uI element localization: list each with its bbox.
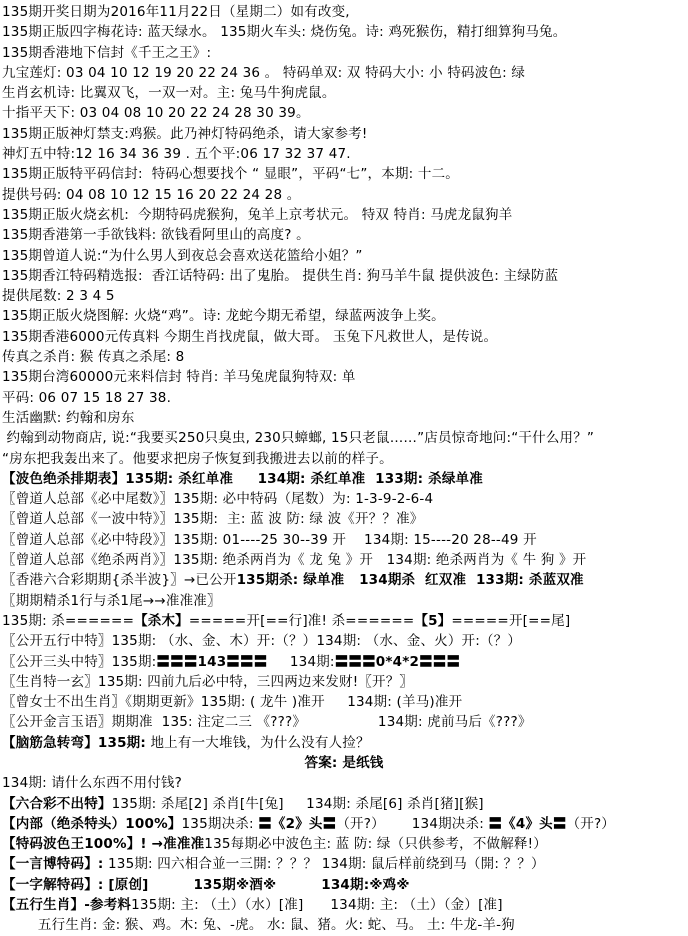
text-segment: 【特码波色王100%】! →准准准 (2, 836, 204, 852)
text-line-44: 【一字解特码】: [原创] 135期※酒※ 134期:※鸡※ (0, 875, 688, 895)
text-line-36: 〖公开金言玉语〗期期准 135: 注定二三 《???》 134期: 虎前马后《?… (0, 712, 688, 732)
text-segment: 平码: 06 07 15 18 27 38. (2, 390, 171, 406)
text-line-15: 提供尾数: 2 3 4 5 (0, 286, 688, 306)
text-segment: 【内部（绝杀特头）100%】 (2, 816, 182, 832)
text-line-22: 约翰到动物商店, 说:“我要买250只臭虫, 230只蟑螂, 15只老鼠……”店… (0, 428, 688, 448)
text-line-31: 135期: 杀======【杀木】=====开[==行]准! 杀======【5… (0, 611, 688, 631)
text-segment: 135期: 杀====== (2, 613, 134, 629)
text-line-11: 135期正版火烧玄机: 今期特码虎猴狗，兔羊上京考状元。 特双 特肖: 马虎龙鼠… (0, 205, 688, 225)
text-segment: 135期香港6000元传真料 今期生肖找虎鼠，做大哥。 玉兔下凡救世人，是传说。 (2, 329, 497, 345)
text-line-6: 十指平天下: 03 04 08 10 20 22 24 28 30 39。 (0, 103, 688, 123)
text-segment: 【一言博特码】: (2, 856, 104, 872)
text-line-1: 135期开奖日期为2016年11月22日（星期二）如有改变, (0, 2, 688, 22)
text-line-7: 135期正版神灯禁支:鸡猴。此乃神灯特码绝杀，请大家参考! (0, 124, 688, 144)
text-line-16: 135期正版火烧图解: 火烧“鸡”。诗: 龙蛇今期无希望，绿蓝两波争上奖。 (0, 306, 688, 326)
text-segment: 【一字解特码】: [原创] (2, 877, 149, 893)
text-segment: 约翰到动物商店, 说:“我要买250只臭虫, 230只蟑螂, 15只老鼠……”店… (2, 430, 594, 446)
text-segment: 〓《4》头〓 (488, 816, 566, 832)
text-segment: 〓〓〓0*4*2〓〓〓 (335, 654, 461, 670)
text-line-17: 135期香港6000元传真料 今期生肖找虎鼠，做大哥。 玉兔下凡救世人，是传说。 (0, 327, 688, 347)
text-segment: 〖公开三头中特〗135期: (2, 654, 156, 670)
text-segment (276, 877, 321, 893)
text-segment: “房东把我轰出来了。他要求把房子恢复到我搬进去以前的样子。 (2, 451, 393, 467)
text-segment: 135期: 杀尾[2] 杀肖[牛[兔] 134期: 杀尾[6] 杀肖[猪][猴] (112, 796, 484, 812)
text-segment: 〖香港六合彩期期{杀半波}〗→已公开 (2, 572, 237, 588)
text-line-21: 生活幽默: 约翰和房东 (0, 408, 688, 428)
text-line-37: 【脑筋急转弯】135期: 地上有一大堆钱，为什么没有人捡？ (0, 733, 688, 753)
text-segment: 134期:※鸡※ (321, 877, 409, 893)
text-line-33: 〖公开三头中特〗135期:〓〓〓143〓〓〓 134期:〓〓〓0*4*2〓〓〓 (0, 652, 688, 672)
text-segment: 〖生肖特一玄〗135期: 四前九后必中特，三四两边来发财!〖开？〗 (2, 674, 413, 690)
text-segment: 135期香江特码精选报: 香江话特码: 出了鬼胎。 提供生肖: 狗马羊牛鼠 提供… (2, 268, 558, 284)
text-segment: 【脑筋急转弯】135期: (2, 735, 146, 751)
text-line-2: 135期正版四字梅花诗: 蓝天绿水。 135期火车头: 烧伤兔。诗: 鸡死猴伤，… (0, 22, 688, 42)
text-line-43: 【一言博特码】: 135期: 四六相合並一三開: ？？？ 134期: 鼠后样前绕… (0, 854, 688, 874)
document-body: 135期开奖日期为2016年11月22日（星期二）如有改变,135期正版四字梅花… (0, 2, 688, 936)
text-line-26: 〖曾道人总部《一波中特》〗135期: 主: 蓝 波 防: 绿 波《开？？准》 (0, 509, 688, 529)
text-segment: 134期: (267, 654, 334, 670)
text-segment (149, 877, 194, 893)
text-line-42: 【特码波色王100%】! →准准准135每期必中波色主: 蓝 防: 绿（只供参考… (0, 834, 688, 854)
text-line-32: 〖公开五行中特〗135期: （水、金、木）开:（？）134期: （水、金、火）开… (0, 631, 688, 651)
text-segment: 135期正版特平码信封: 特码心想要找个 “ 显眼”，平码“七”，本期: 十二。 (2, 166, 459, 182)
text-segment: 〖公开金言玉语〗期期准 135: 注定二三 《???》 134期: 虎前马后《?… (2, 714, 532, 730)
text-segment: 135期决杀: (182, 816, 259, 832)
text-segment: 135期: 四六相合並一三開: ？？？ 134期: 鼠后样前绕到马（開: ？？） (104, 856, 545, 872)
text-segment: 提供尾数: 2 3 4 5 (2, 288, 115, 304)
text-line-28: 〖曾道人总部《绝杀两肖》〗135期: 绝杀两肖为《 龙 兔 》开 134期: 绝… (0, 550, 688, 570)
text-segment: 传真之杀肖: 猴 传真之杀尾: 8 (2, 349, 184, 365)
text-line-25: 〖曾道人总部《必中尾数》〗135期: 必中特码（尾数）为: 1-3-9-2-6-… (0, 489, 688, 509)
text-segment: 〓〓〓143〓〓〓 (156, 654, 267, 670)
text-line-40: 【六合彩不出特】135期: 杀尾[2] 杀肖[牛[兔] 134期: 杀尾[6] … (0, 794, 688, 814)
text-segment: 提供号码: 04 08 10 12 15 16 20 22 24 28 。 (2, 187, 300, 203)
text-segment: 135期杀: 绿单准 134期杀 红双准 133期: 杀蓝双准 (237, 572, 584, 588)
text-line-10: 提供号码: 04 08 10 12 15 16 20 22 24 28 。 (0, 185, 688, 205)
text-segment: 135期开奖日期为2016年11月22日（星期二）如有改变, (2, 4, 350, 20)
text-line-45: 【五行生肖】-参考料135期: 主: （土）（水）[准] 134期: 主: （土… (0, 895, 688, 915)
text-segment: 【五行生肖】-参考料 (2, 897, 131, 913)
text-line-4: 九宝莲灯: 03 04 10 12 19 20 22 24 36 。 特码单双:… (0, 63, 688, 83)
text-segment: 〖曾道人总部《绝杀两肖》〗135期: 绝杀两肖为《 龙 兔 》开 134期: 绝… (2, 552, 586, 568)
text-segment: 神灯五中特:12 16 34 36 39 . 五个平:06 17 32 37 4… (2, 146, 351, 162)
text-segment: 〖公开五行中特〗135期: （水、金、木）开:（？）134期: （水、金、火）开… (2, 633, 521, 649)
text-line-9: 135期正版特平码信封: 特码心想要找个 “ 显眼”，平码“七”，本期: 十二。 (0, 164, 688, 184)
text-segment: 〖曾道人总部《必中尾数》〗135期: 必中特码（尾数）为: 1-3-9-2-6-… (2, 491, 433, 507)
text-segment: 135期正版神灯禁支:鸡猴。此乃神灯特码绝杀，请大家参考! (2, 126, 368, 142)
text-segment: 生肖玄机诗: 比翼双飞，一双一对。主: 兔马牛狗虎鼠。 (2, 85, 336, 101)
text-line-27: 〖曾道人总部《必中特段》〗135期: 01----25 30--39 开 134… (0, 530, 688, 550)
text-line-18: 传真之杀肖: 猴 传真之杀尾: 8 (0, 347, 688, 367)
text-line-20: 平码: 06 07 15 18 27 38. (0, 388, 688, 408)
text-line-12: 135期香港第一手欲钱料: 欲钱看阿里山的高度? 。 (0, 225, 688, 245)
text-line-38: 答案: 是纸钱 (0, 753, 688, 773)
text-segment: 135期曾道人说:“为什么男人到夜总会喜欢送花篮给小姐？” (2, 248, 363, 264)
text-segment: 十指平天下: 03 04 08 10 20 22 24 28 30 39。 (2, 105, 310, 121)
text-segment: 135期香港地下信封《千王之王》: (2, 45, 211, 61)
text-segment: 134期: 请什么东西不用付钱? (2, 775, 182, 791)
lottery-tips-document: 135期开奖日期为2016年11月22日（星期二）如有改变,135期正版四字梅花… (0, 0, 688, 936)
text-segment: 〖期期精杀1行与杀1尾→→准准准〗 (2, 593, 221, 609)
text-segment: 生活幽默: 约翰和房东 (2, 410, 135, 426)
text-segment: 〖曾女士不出生肖〗《期期更新》135期: ( 龙牛 )准开 134期: (羊马)… (2, 694, 462, 710)
text-line-46: 五行生肖: 金: 猴、鸡。木: 兔、-虎。 水: 鼠、猪。火: 蛇、马。 土: … (0, 915, 688, 935)
text-segment: 五行生肖: 金: 猴、鸡。木: 兔、-虎。 水: 鼠、猪。火: 蛇、马。 土: … (2, 917, 515, 933)
text-line-13: 135期曾道人说:“为什么男人到夜总会喜欢送花篮给小姐？” (0, 246, 688, 266)
text-line-5: 生肖玄机诗: 比翼双飞，一双一对。主: 兔马牛狗虎鼠。 (0, 83, 688, 103)
text-segment: 【杀木】 (134, 613, 189, 629)
text-line-3: 135期香港地下信封《千王之王》: (0, 43, 688, 63)
text-segment: 135期: 主: （土）（水）[准] 134期: 主: （土）（金）[准] (131, 897, 503, 913)
text-line-41: 【内部（绝杀特头）100%】135期决杀: 〓《2》头〓（开?） 134期决杀:… (0, 814, 688, 834)
text-segment: 【六合彩不出特】 (2, 796, 112, 812)
text-segment: 135期香港第一手欲钱料: 欲钱看阿里山的高度? 。 (2, 227, 310, 243)
text-segment: （开?） (567, 816, 615, 832)
text-segment: 135期正版四字梅花诗: 蓝天绿水。 135期火车头: 烧伤兔。诗: 鸡死猴伤，… (2, 24, 566, 40)
text-line-19: 135期台湾60000元来料信封 特肖: 羊马兔虎鼠狗特双: 单 (0, 367, 688, 387)
text-segment: 地上有一大堆钱，为什么没有人捡？ (146, 735, 370, 751)
text-segment: 135每期必中波色主: 蓝 防: 绿（只供参考，不做解释!） (204, 836, 547, 852)
text-segment: 【5】 (414, 613, 451, 629)
text-segment: 〖曾道人总部《必中特段》〗135期: 01----25 30--39 开 134… (2, 532, 537, 548)
text-line-24: 【波色绝杀排期表】135期: 杀红单准 134期: 杀红单准 133期: 杀绿单… (0, 469, 688, 489)
text-line-14: 135期香江特码精选报: 香江话特码: 出了鬼胎。 提供生肖: 狗马羊牛鼠 提供… (0, 266, 688, 286)
text-line-35: 〖曾女士不出生肖〗《期期更新》135期: ( 龙牛 )准开 134期: (羊马)… (0, 692, 688, 712)
text-line-34: 〖生肖特一玄〗135期: 四前九后必中特，三四两边来发财!〖开？〗 (0, 672, 688, 692)
text-segment: 135期正版火烧图解: 火烧“鸡”。诗: 龙蛇今期无希望，绿蓝两波争上奖。 (2, 308, 445, 324)
text-line-8: 神灯五中特:12 16 34 36 39 . 五个平:06 17 32 37 4… (0, 144, 688, 164)
text-segment: 答案: 是纸钱 (305, 755, 384, 771)
text-line-39: 134期: 请什么东西不用付钱? (0, 773, 688, 793)
text-segment: （开?） 134期决杀: (336, 816, 488, 832)
text-segment: 【波色绝杀排期表】135期: 杀红单准 134期: 杀红单准 133期: 杀绿单… (2, 471, 483, 487)
text-segment: 〓《2》头〓 (258, 816, 336, 832)
text-segment: 135期正版火烧玄机: 今期特码虎猴狗，兔羊上京考状元。 特双 特肖: 马虎龙鼠… (2, 207, 512, 223)
text-line-30: 〖期期精杀1行与杀1尾→→准准准〗 (0, 591, 688, 611)
text-segment: 135期台湾60000元来料信封 特肖: 羊马兔虎鼠狗特双: 单 (2, 369, 356, 385)
text-segment: 九宝莲灯: 03 04 10 12 19 20 22 24 36 。 特码单双:… (2, 65, 525, 81)
text-segment: 135期※酒※ (193, 877, 276, 893)
text-segment: 〖曾道人总部《一波中特》〗135期: 主: 蓝 波 防: 绿 波《开？？准》 (2, 511, 424, 527)
text-line-23: “房东把我轰出来了。他要求把房子恢复到我搬进去以前的样子。 (0, 449, 688, 469)
text-segment: =====开[==行]准! 杀====== (189, 613, 415, 629)
text-segment: =====开[==尾] (451, 613, 570, 629)
text-line-29: 〖香港六合彩期期{杀半波}〗→已公开135期杀: 绿单准 134期杀 红双准 1… (0, 570, 688, 590)
